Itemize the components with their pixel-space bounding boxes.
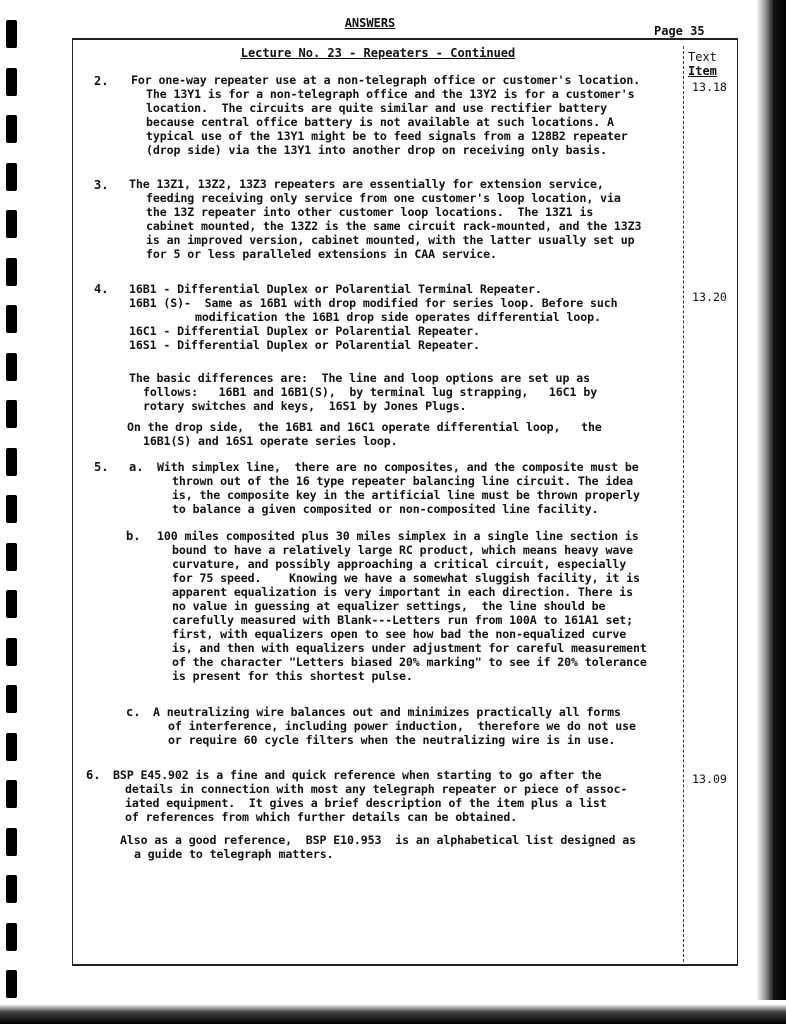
answer-number: 6. xyxy=(86,768,100,782)
answer-note-line: Also as a good reference, BSP E10.953 is… xyxy=(120,834,636,847)
answer-note-line: 16B1(S) and 16S1 operate series loop. xyxy=(143,435,398,448)
answer-number: 5. xyxy=(94,460,108,474)
answer-line: iated equipment. It gives a brief descri… xyxy=(125,797,607,810)
binding-mark xyxy=(6,210,17,238)
lecture-title: Lecture No. 23 - Repeaters - Continued xyxy=(72,46,684,60)
binding-mark xyxy=(6,543,17,571)
answer-line: carefully measured with Blank---Letters … xyxy=(172,614,633,627)
answer-line: modification the 16B1 drop side operates… xyxy=(195,311,601,324)
answer-line: of the character "Letters biased 20% mar… xyxy=(172,656,647,669)
answer-line: no value in guessing at equalizer settin… xyxy=(172,600,605,613)
answer-line: or require 60 cycle filters when the neu… xyxy=(168,734,615,747)
column-header-text: Text xyxy=(688,50,717,64)
text-item-column-divider xyxy=(683,46,685,962)
scan-bottom-shadow xyxy=(0,1004,786,1024)
answer-line: The 13Z1, 13Z2, 13Z3 repeaters are essen… xyxy=(129,178,604,191)
binding-mark xyxy=(6,305,17,333)
answer-line: location. The circuits are quite similar… xyxy=(146,102,607,115)
binding-mark xyxy=(6,590,17,618)
binding-mark xyxy=(6,733,17,761)
answer-line: of interference, including power inducti… xyxy=(168,720,636,733)
answer-line: 16B1 - Differential Duplex or Polarentia… xyxy=(129,283,542,296)
scan-edge-shadow xyxy=(756,0,786,1000)
answer-line: With simplex line, there are no composit… xyxy=(157,461,639,474)
answer-line: For one-way repeater use at a non-telegr… xyxy=(131,74,640,87)
answer-line: BSP E45.902 is a fine and quick referenc… xyxy=(113,769,601,782)
answer-note-line: a guide to telegraph matters. xyxy=(134,848,334,861)
binding-mark xyxy=(6,163,17,191)
answer-line: of references from which further details… xyxy=(125,811,517,824)
page-heading: ANSWERS xyxy=(0,16,740,30)
answer-line: 16S1 - Differential Duplex or Polarentia… xyxy=(129,339,480,352)
answer-line: cabinet mounted, the 13Z2 is the same ci… xyxy=(146,220,641,233)
text-item-ref: 13.18 xyxy=(692,80,727,94)
answer-line: for 75 speed. Knowing we have a somewhat… xyxy=(172,572,640,585)
answer-line: thrown out of the 16 type repeater balan… xyxy=(172,475,633,488)
answer-line: is present for this shortest pulse. xyxy=(172,670,413,683)
page-number: Page 35 xyxy=(654,24,705,38)
binding-mark xyxy=(6,685,17,713)
binding-mark xyxy=(6,448,17,476)
answer-line: (drop side) via the 13Y1 into another dr… xyxy=(146,144,607,157)
binding-mark xyxy=(6,638,17,666)
answer-line: bound to have a relatively large RC prod… xyxy=(172,544,633,557)
binding-mark xyxy=(6,258,17,286)
text-item-ref: 13.20 xyxy=(692,290,727,304)
answer-line: The 13Y1 is for a non-telegraph office a… xyxy=(146,88,634,101)
answer-line: for 5 or less paralleled extensions in C… xyxy=(146,248,497,261)
binding-mark xyxy=(6,68,17,96)
sub-part-label: c. xyxy=(126,705,140,719)
binding-mark xyxy=(6,875,17,903)
binding-mark xyxy=(6,353,17,381)
binding-mark xyxy=(6,495,17,523)
binding-mark xyxy=(6,828,17,856)
answer-line: 16C1 - Differential Duplex or Polarentia… xyxy=(129,325,480,338)
answer-line: 100 miles composited plus 30 miles simpl… xyxy=(157,530,639,543)
answer-line: is an improved version, cabinet mounted,… xyxy=(146,234,634,247)
text-item-ref: 13.09 xyxy=(692,772,727,786)
binding-holes xyxy=(6,0,18,1000)
sub-part-label: b. xyxy=(126,529,140,543)
text-item-column-header: Text Item xyxy=(688,50,717,78)
binding-mark xyxy=(6,780,17,808)
answer-line: apparent equalization is very important … xyxy=(172,586,633,599)
sub-part-label: a. xyxy=(129,460,143,474)
answer-line: A neutralizing wire balances out and min… xyxy=(153,706,621,719)
binding-mark xyxy=(6,970,17,998)
answer-line: the 13Z repeater into other customer loo… xyxy=(146,206,593,219)
answer-number: 3. xyxy=(94,178,108,192)
binding-mark xyxy=(6,923,17,951)
answer-note-line: The basic differences are: The line and … xyxy=(129,372,590,385)
answer-line: is, the composite key in the artificial … xyxy=(172,489,640,502)
answer-line: typical use of the 13Y1 might be to feed… xyxy=(146,130,628,143)
binding-mark xyxy=(6,115,17,143)
column-header-item: Item xyxy=(688,64,717,78)
answer-line: to balance a given composited or non-com… xyxy=(172,503,599,516)
answer-line: is, and then with equalizers under adjus… xyxy=(172,642,647,655)
answer-line: curvature, and possibly approaching a cr… xyxy=(172,558,626,571)
answer-note-line: rotary switches and keys, 16S1 by Jones … xyxy=(143,400,466,413)
answer-line: because central office battery is not av… xyxy=(146,116,614,129)
answer-note-line: follows: 16B1 and 16B1(S), by terminal l… xyxy=(143,386,597,399)
answer-line: feeding receiving only service from one … xyxy=(146,192,621,205)
answer-number: 4. xyxy=(94,282,108,296)
binding-mark xyxy=(6,400,17,428)
answer-line: 16B1 (S)- Same as 16B1 with drop modifie… xyxy=(129,297,617,310)
answer-line: first, with equalizers open to see how b… xyxy=(172,628,626,641)
answer-number: 2. xyxy=(94,74,108,88)
answer-note-line: On the drop side, the 16B1 and 16C1 oper… xyxy=(127,421,602,434)
answer-line: details in connection with most any tele… xyxy=(125,783,627,796)
